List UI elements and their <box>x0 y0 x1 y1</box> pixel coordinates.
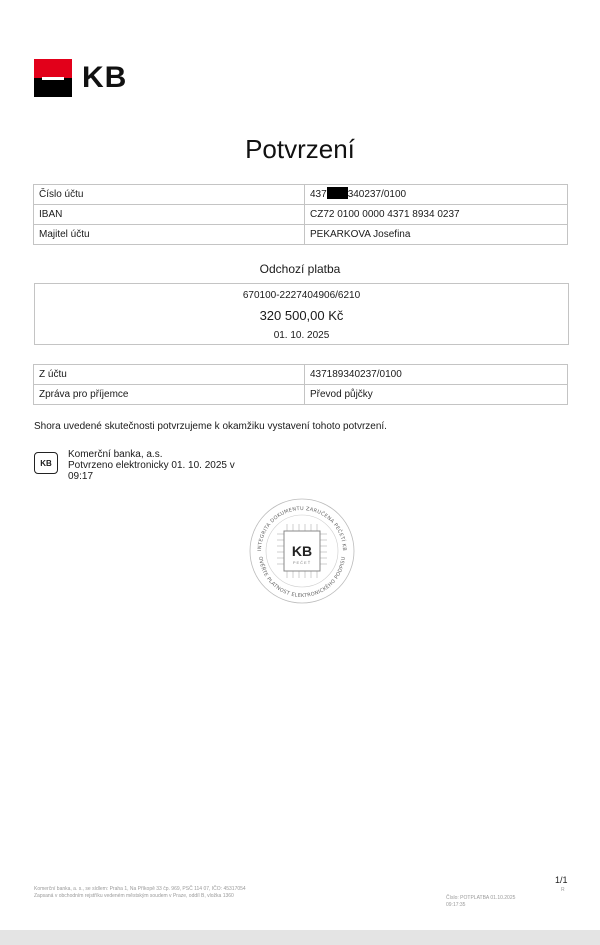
page-number: 1/1 <box>555 875 568 885</box>
table-row: IBAN CZ72 0100 0000 4371 8934 0237 <box>34 205 568 225</box>
bank-name: Komerční banka, a.s. <box>68 449 258 460</box>
page-title: Potvrzení <box>0 134 600 165</box>
message-value: Převod půjčky <box>305 385 568 405</box>
redaction-block <box>327 187 348 199</box>
electronic-confirmation: Potvrzeno elektronicky 01. 10. 2025 v 09… <box>68 460 258 482</box>
counter-account: 670100-2227404906/6210 <box>35 290 568 301</box>
kb-seal-icon: INTEGRITA DOKUMENTU ZARUČENA PEČETÍ KB O… <box>247 496 357 606</box>
table-row: Z účtu 437189340237/0100 <box>34 365 568 385</box>
table-row: Zpráva pro příjemce Převod půjčky <box>34 385 568 405</box>
account-table: Číslo účtu 437340237/0100 IBAN CZ72 0100… <box>33 184 568 245</box>
kb-logo-mark-icon <box>34 59 72 97</box>
confirmation-statement: Shora uvedené skutečnosti potvrzujeme k … <box>34 421 387 432</box>
kb-logo-text: KB <box>82 63 127 93</box>
kb-logo: KB <box>34 59 127 97</box>
table-row: Číslo účtu 437340237/0100 <box>34 185 568 205</box>
signature-block: KB Komerční banka, a.s. Potvrzeno elektr… <box>34 449 258 482</box>
page-sub-mark: R <box>561 887 565 893</box>
footer-legal: Komerční banka, a. s., se sídlem: Praha … <box>34 886 246 900</box>
account-number-label: Číslo účtu <box>34 185 305 205</box>
account-owner-label: Majitel účtu <box>34 225 305 245</box>
payment-amount: 320 500,00 Kč <box>35 308 568 323</box>
iban-value: CZ72 0100 0000 4371 8934 0237 <box>305 205 568 225</box>
payment-box: 670100-2227404906/6210 320 500,00 Kč 01.… <box>34 283 569 345</box>
iban-label: IBAN <box>34 205 305 225</box>
message-label: Zpráva pro příjemce <box>34 385 305 405</box>
account-number-value: 437340237/0100 <box>305 185 568 205</box>
svg-text:PEČEŤ: PEČEŤ <box>293 560 311 565</box>
details-table: Z účtu 437189340237/0100 Zpráva pro příj… <box>33 364 568 405</box>
from-account-label: Z účtu <box>34 365 305 385</box>
from-account-value: 437189340237/0100 <box>305 365 568 385</box>
svg-text:KB: KB <box>292 543 312 559</box>
viewer-bottom-strip <box>0 930 600 945</box>
document-code: Číslo: POTPLATBA 01.10.2025 09:17:35 <box>446 895 515 909</box>
kb-badge-icon: KB <box>34 452 58 474</box>
table-row: Majitel účtu PEKARKOVA Josefina <box>34 225 568 245</box>
payment-date: 01. 10. 2025 <box>35 330 568 341</box>
payment-heading: Odchozí platba <box>0 262 600 276</box>
account-owner-value: PEKARKOVA Josefina <box>305 225 568 245</box>
